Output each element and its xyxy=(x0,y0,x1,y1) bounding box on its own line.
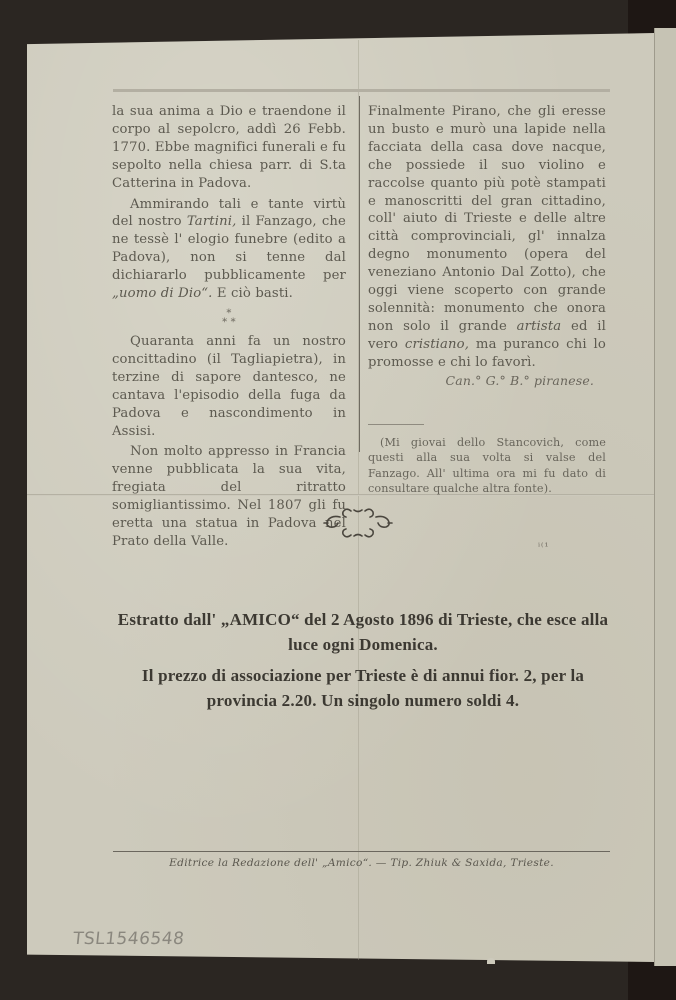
imprint-line: Editrice la Redazione dell' „Amico“. — T… xyxy=(113,857,610,869)
paragraph-burial: la sua anima a Dio e traendone il corpo … xyxy=(112,103,346,193)
publication-notice: Estratto dall' „AMICO“ del 2 Agosto 1896… xyxy=(110,607,616,719)
ink-mark: ⁱ⁽¹ xyxy=(538,542,549,553)
bottom-rule xyxy=(113,851,610,852)
footnote-rule xyxy=(368,424,424,425)
notice-price-line: Il prezzo di associazione per Trieste è … xyxy=(110,663,616,713)
paragraph-fanzago: Ammirando tali e tante virtù del nostro … xyxy=(112,196,346,303)
name-tartini: Tartini, xyxy=(187,214,237,229)
column-divider xyxy=(359,96,360,452)
author-signature: Can.° G.° B.° piranese. xyxy=(368,372,606,390)
ornament-icon xyxy=(318,505,398,541)
asterism-divider: ** * xyxy=(112,309,346,327)
adjacent-page-edge xyxy=(654,28,676,966)
paper-notch xyxy=(487,958,495,964)
paragraph-francia: Non molto appresso in Francia venne pubb… xyxy=(112,443,346,550)
left-column: la sua anima a Dio e traendone il corpo … xyxy=(112,103,346,551)
notice-extract-line: Estratto dall' „AMICO“ del 2 Agosto 1896… xyxy=(110,607,616,657)
pencil-shelfmark: TSL1546548 xyxy=(72,929,185,949)
paragraph-tagliapietra: Quaranta anni fa un nostro concittadino … xyxy=(112,333,346,440)
word-cristiano: cristiano, xyxy=(405,337,469,352)
quote-uomo-di-dio: „uomo di Dio“. xyxy=(112,286,213,301)
paragraph-pirano: Finalmente Pirano, che gli eresse un bus… xyxy=(368,103,606,372)
word-artista: artista xyxy=(517,319,562,334)
top-rule xyxy=(113,89,610,92)
footnote: (Mi giovai dello Stancovich, come questi… xyxy=(368,435,606,497)
right-column: Finalmente Pirano, che gli eresse un bus… xyxy=(368,103,606,497)
